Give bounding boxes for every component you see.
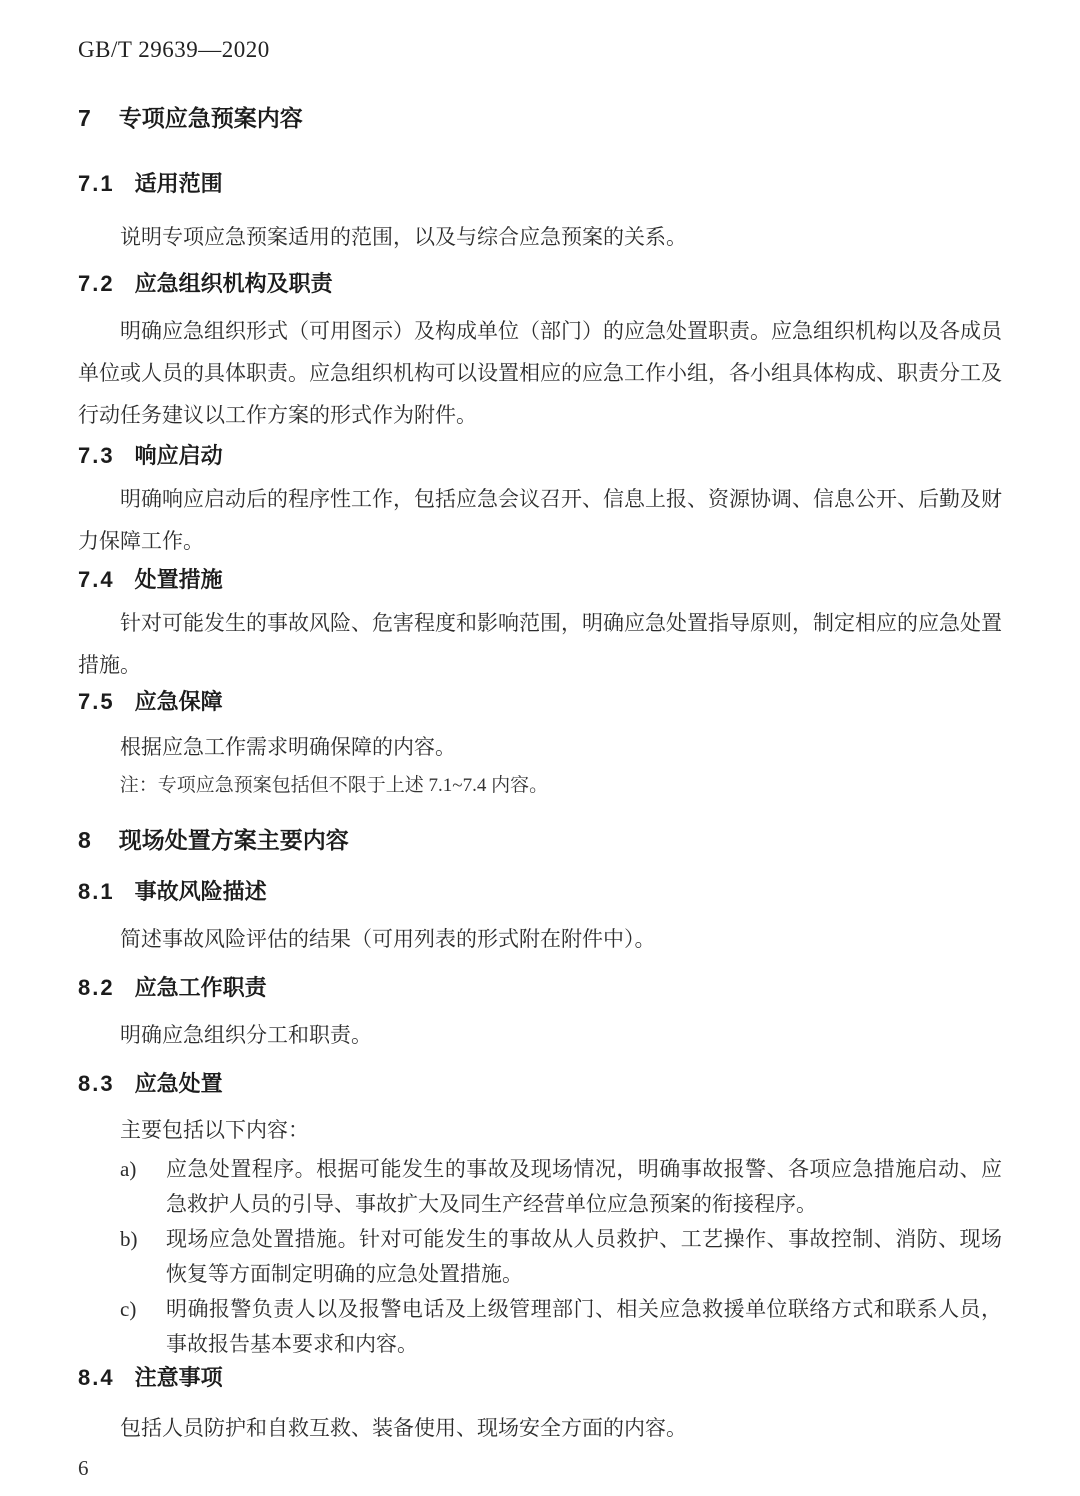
list-item-c: c) 明确报警负责人以及报警电话及上级管理部门、相关应急救援单位联络方式和联系人…: [120, 1292, 1002, 1362]
subsection-7-4-title: 处置措施: [135, 567, 223, 592]
subsection-8-3-heading: 8.3应急处置: [78, 1068, 1002, 1100]
subsection-7-3-number: 7.3: [78, 443, 115, 468]
subsection-7-2-heading: 7.2应急组织机构及职责: [78, 268, 1002, 300]
paragraph-8-1: 简述事故风险评估的结果（可用列表的形式附在附件中）。: [78, 918, 1002, 960]
paragraph-8-2: 明确应急组织分工和职责。: [78, 1014, 1002, 1056]
paragraph-7-3: 明确响应启动后的程序性工作，包括应急会议召开、信息上报、资源协调、信息公开、后勤…: [78, 478, 1002, 562]
subsection-7-4-heading: 7.4处置措施: [78, 564, 1002, 596]
subsection-8-3-title: 应急处置: [135, 1071, 223, 1096]
section-7-number: 7: [78, 105, 93, 131]
paragraph-7-5: 根据应急工作需求明确保障的内容。: [78, 726, 1002, 768]
subsection-8-3-number: 8.3: [78, 1071, 115, 1096]
list-item-a-text: 应急处置程序。根据可能发生的事故及现场情况，明确事故报警、各项应急措施启动、应急…: [166, 1152, 1002, 1222]
list-item-b: b) 现场应急处置措施。针对可能发生的事故从人员救护、工艺操作、事故控制、消防、…: [120, 1222, 1002, 1292]
list-item-a: a) 应急处置程序。根据可能发生的事故及现场情况，明确事故报警、各项应急措施启动…: [120, 1152, 1002, 1222]
page-number: 6: [78, 1454, 1002, 1482]
subsection-8-2-title: 应急工作职责: [135, 975, 267, 1000]
list-item-b-label: b): [120, 1222, 166, 1292]
list-item-c-label: c): [120, 1292, 166, 1362]
subsection-8-2-heading: 8.2应急工作职责: [78, 972, 1002, 1004]
subsection-8-4-heading: 8.4注意事项: [78, 1362, 1002, 1394]
section-7-title: 专项应急预案内容: [119, 105, 303, 131]
subsection-8-1-number: 8.1: [78, 879, 115, 904]
subsection-8-4-title: 注意事项: [135, 1365, 223, 1390]
section-8-title: 现场处置方案主要内容: [119, 827, 349, 853]
list-intro-8-3: 主要包括以下内容：: [78, 1112, 1002, 1148]
subsection-7-4-number: 7.4: [78, 567, 115, 592]
standard-code: GB/T 29639—2020: [78, 36, 1002, 64]
subsection-7-2-title: 应急组织机构及职责: [135, 271, 333, 296]
subsection-7-2-number: 7.2: [78, 271, 115, 296]
subsection-7-5-title: 应急保障: [135, 689, 223, 714]
subsection-7-5-number: 7.5: [78, 689, 115, 714]
subsection-7-5-heading: 7.5应急保障: [78, 686, 1002, 718]
lettered-list-8-3: a) 应急处置程序。根据可能发生的事故及现场情况，明确事故报警、各项应急措施启动…: [78, 1152, 1002, 1362]
subsection-7-1-number: 7.1: [78, 171, 115, 196]
list-item-a-label: a): [120, 1152, 166, 1222]
subsection-7-1-title: 适用范围: [135, 171, 223, 196]
list-item-c-text: 明确报警负责人以及报警电话及上级管理部门、相关应急救援单位联络方式和联系人员，事…: [166, 1292, 1002, 1362]
subsection-8-2-number: 8.2: [78, 975, 115, 1000]
section-8-number: 8: [78, 827, 93, 853]
paragraph-7-1: 说明专项应急预案适用的范围，以及与综合应急预案的关系。: [78, 216, 1002, 258]
subsection-8-1-heading: 8.1事故风险描述: [78, 876, 1002, 908]
note-7-5: 注：专项应急预案包括但不限于上述 7.1~7.4 内容。: [78, 768, 1002, 804]
list-item-b-text: 现场应急处置措施。针对可能发生的事故从人员救护、工艺操作、事故控制、消防、现场恢…: [166, 1222, 1002, 1292]
section-7-heading: 7专项应急预案内容: [78, 102, 1002, 134]
subsection-7-3-heading: 7.3响应启动: [78, 440, 1002, 472]
paragraph-7-2: 明确应急组织形式（可用图示）及构成单位（部门）的应急处置职责。应急组织机构以及各…: [78, 310, 1002, 436]
subsection-7-3-title: 响应启动: [135, 443, 223, 468]
section-8-heading: 8现场处置方案主要内容: [78, 824, 1002, 856]
paragraph-8-4: 包括人员防护和自救互救、装备使用、现场安全方面的内容。: [78, 1408, 1002, 1448]
subsection-8-4-number: 8.4: [78, 1365, 115, 1390]
subsection-8-1-title: 事故风险描述: [135, 879, 267, 904]
subsection-7-1-heading: 7.1适用范围: [78, 168, 1002, 200]
paragraph-7-4: 针对可能发生的事故风险、危害程度和影响范围，明确应急处置指导原则，制定相应的应急…: [78, 602, 1002, 686]
document-page: GB/T 29639—2020 7专项应急预案内容 7.1适用范围 说明专项应急…: [0, 0, 1080, 1496]
